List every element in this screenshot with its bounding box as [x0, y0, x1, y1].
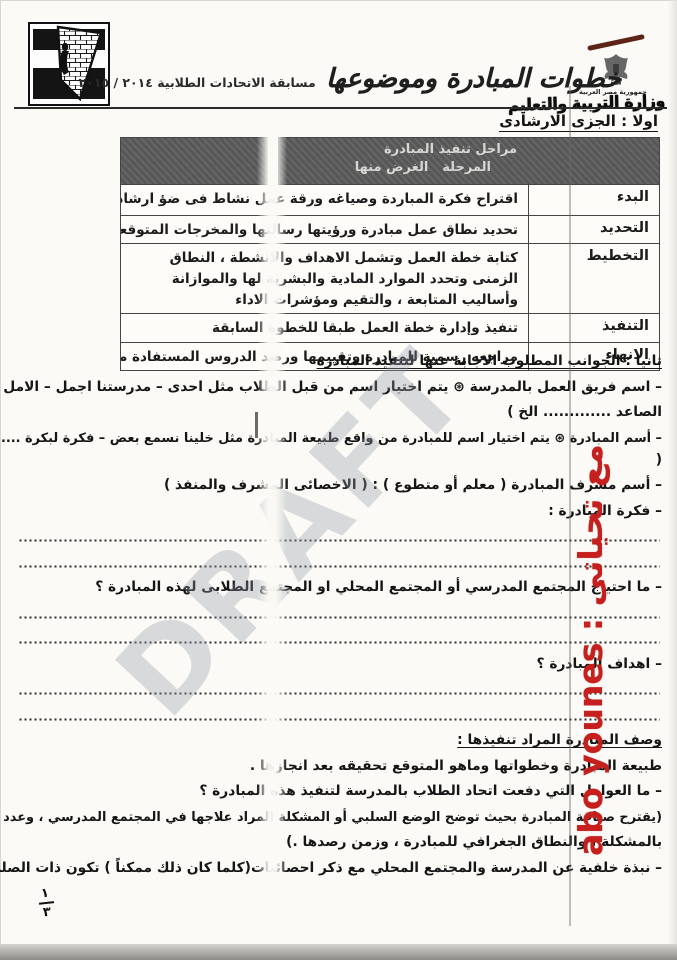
body-line: الصاعد ............. الخ ) — [16, 400, 662, 426]
body-line: طبيعة المبادرة وخطواتها وماهو المتوقع تح… — [16, 754, 662, 780]
dotted-answer-line — [16, 524, 662, 550]
purpose-cell: كتابة خطة العمل وتشمل الاهداف والانشطة ،… — [121, 244, 528, 313]
purpose-cell: تنفيذ وإدارة خطة العمل طبقا للخطوة الساب… — [121, 314, 528, 342]
purpose-cell: اقتراح فكرة المباردة وصياغه ورقة عمل نشا… — [121, 185, 528, 215]
body-line: – فكرة المبادرة : — [16, 499, 662, 525]
initiative-stages-table: مراحل تنفيذ المبادرة المرحلة الغرض منها … — [120, 137, 660, 371]
body-line: – اهداف المبادرة ؟ — [16, 652, 662, 678]
page-number-top: ١ — [34, 885, 55, 902]
scanned-document-page: جمهورية مصر العربية وزارة التربية والتعل… — [0, 0, 677, 960]
document-title-calligraphy: خطوات المبادرة وموضوعها — [326, 64, 621, 94]
dotted-answer-line — [16, 601, 662, 627]
dotted-answer-line — [16, 550, 662, 576]
section1-heading: اولا : الجزى الارشادى — [499, 112, 658, 132]
body-line: – أسم المبادرة ⊛ يتم اختيار اسم للمبادرة… — [16, 426, 662, 452]
body-line: – ما العوامل التي دفعت اتحاد الطلاب بالم… — [16, 779, 662, 805]
competition-subtitle: مسابقة الاتحادات الطلابية ٢٠١٤ / ٢٠١٥ — [79, 75, 316, 90]
scan-crease-gap — [268, 137, 278, 185]
body-line: – نبذة خلفية عن المدرسة والمجتمع المحلي … — [16, 856, 662, 882]
table-row: البدء اقتراح فكرة المباردة وصياغه ورقة ع… — [121, 184, 659, 215]
page-number-bottom: ٣ — [36, 904, 57, 921]
scan-edge-right — [668, 0, 677, 960]
purpose-cell: تحديد نطاق عمل مبادرة ورؤيتها رسالتها وا… — [121, 216, 528, 243]
section3-heading: وصف المبادرة المراد تنفيذها : — [16, 728, 662, 754]
dotted-answer-line — [16, 677, 662, 703]
body-line: بالمشكلة ، والنطاق الجغرافي للمبادرة ، و… — [16, 830, 662, 856]
table-row: التحديد تحديد نطاق عمل مبادرة ورؤيتها رس… — [121, 215, 659, 243]
table-header-band: مراحل تنفيذ المبادرة المرحلة الغرض منها — [121, 138, 659, 184]
body-line: ( — [16, 451, 662, 473]
table-header-title: مراحل تنفيذ المبادرة — [121, 138, 659, 157]
document-title-row: خطوات المبادرة وموضوعها مسابقة الاتحادات… — [79, 64, 621, 94]
stage-cell: التحديد — [528, 216, 659, 243]
dotted-answer-line — [16, 703, 662, 729]
table-row: التنفيذ تنفيذ وإدارة خطة العمل طبقا للخط… — [121, 313, 659, 342]
page-number-fraction: ١ ٣ — [34, 885, 57, 921]
stage-cell: التخطيط — [528, 244, 659, 313]
section2-heading: ثانيا : الجوانب المطلوب الاجابة عنها لتن… — [16, 349, 662, 375]
dotted-answer-line — [16, 626, 662, 652]
column-header-stage: المرحلة — [442, 160, 491, 175]
body-line: (يقترح صياغة المبادرة بحيث توضح الوضع ال… — [16, 805, 662, 831]
pen-dash-mark — [587, 34, 645, 51]
body-line: – اسم فريق العمل بالمدرسة ⊛ يتم اختيار ا… — [16, 375, 662, 401]
body-line: – أسم مشرف المبادرة ( معلم أو متطوع ) : … — [16, 473, 662, 499]
body-line: – ما احتياج المجتمع المدرسي أو المجتمع ا… — [16, 575, 662, 601]
stage-cell: التنفيذ — [528, 314, 659, 342]
table-column-headers: المرحلة الغرض منها — [121, 157, 659, 175]
document-body: ثانيا : الجوانب المطلوب الاجابة عنها لتن… — [16, 349, 662, 881]
crease-mark — [255, 412, 258, 438]
stage-cell: البدء — [528, 185, 659, 215]
table-row: التخطيط كتابة خطة العمل وتشمل الاهداف وا… — [121, 243, 659, 313]
red-signature-vertical: مع تحياتى : abo younes — [568, 450, 612, 850]
column-header-purpose: الغرض منها — [355, 160, 429, 175]
scan-edge-bottom — [0, 944, 677, 960]
